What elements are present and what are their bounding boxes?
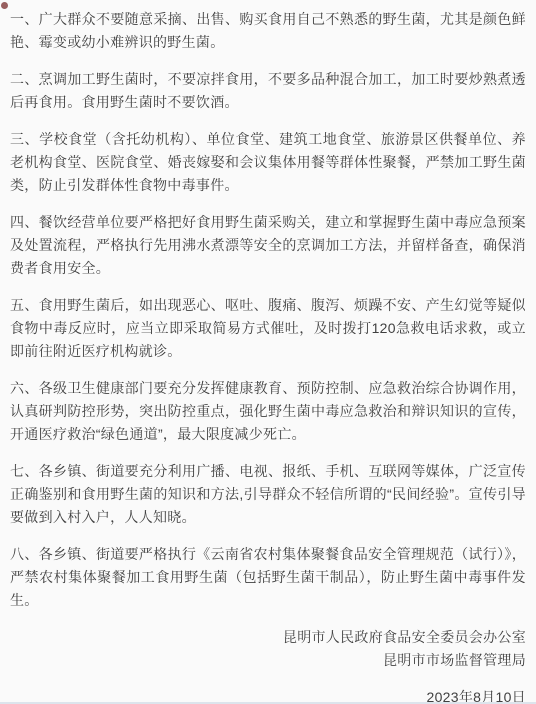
red-dot-icon [1, 2, 8, 9]
notice-document: 一、广大群众不要随意采摘、出售、购买食用自己不熟悉的野生菌，尤其是颜色鲜艳、霉变… [0, 0, 536, 704]
notice-paragraph-4: 四、餐饮经营单位要严格把好食用野生菌采购关，建立和掌握野生菌中毒应急预案及处置流… [10, 211, 526, 280]
signature-org-office: 昆明市人民政府食品安全委员会办公室 [10, 626, 526, 649]
notice-paragraph-5: 五、食用野生菌后，如出现恶心、呕吐、腹痛、腹泻、烦躁不安、产生幻觉等疑似食物中毒… [10, 294, 526, 363]
notice-paragraph-3: 三、学校食堂（含托幼机构）、单位食堂、建筑工地食堂、旅游景区供餐单位、养老机构食… [10, 128, 526, 197]
notice-paragraph-8: 八、各乡镇、街道要严格执行《云南省农村集体聚餐食品安全管理规范（试行）》，严禁农… [10, 543, 526, 612]
notice-paragraph-2: 二、烹调加工野生菌时，不要凉拌食用，不要多品种混合加工，加工时要炒熟煮透后再食用… [10, 68, 526, 114]
signature-org-bureau: 昆明市市场监督管理局 [10, 649, 526, 672]
notice-paragraph-6: 六、各级卫生健康部门要充分发挥健康教育、预防控制、应急救治综合协调作用，认真研判… [10, 377, 526, 446]
notice-paragraph-1: 一、广大群众不要随意采摘、出售、购买食用自己不熟悉的野生菌，尤其是颜色鲜艳、霉变… [10, 8, 526, 54]
signature-block: 昆明市人民政府食品安全委员会办公室 昆明市市场监督管理局 2023年8月10日 [10, 626, 526, 704]
notice-paragraph-7: 七、各乡镇、街道要充分利用广播、电视、报纸、手机、互联网等媒体，广泛宣传正确鉴别… [10, 460, 526, 529]
